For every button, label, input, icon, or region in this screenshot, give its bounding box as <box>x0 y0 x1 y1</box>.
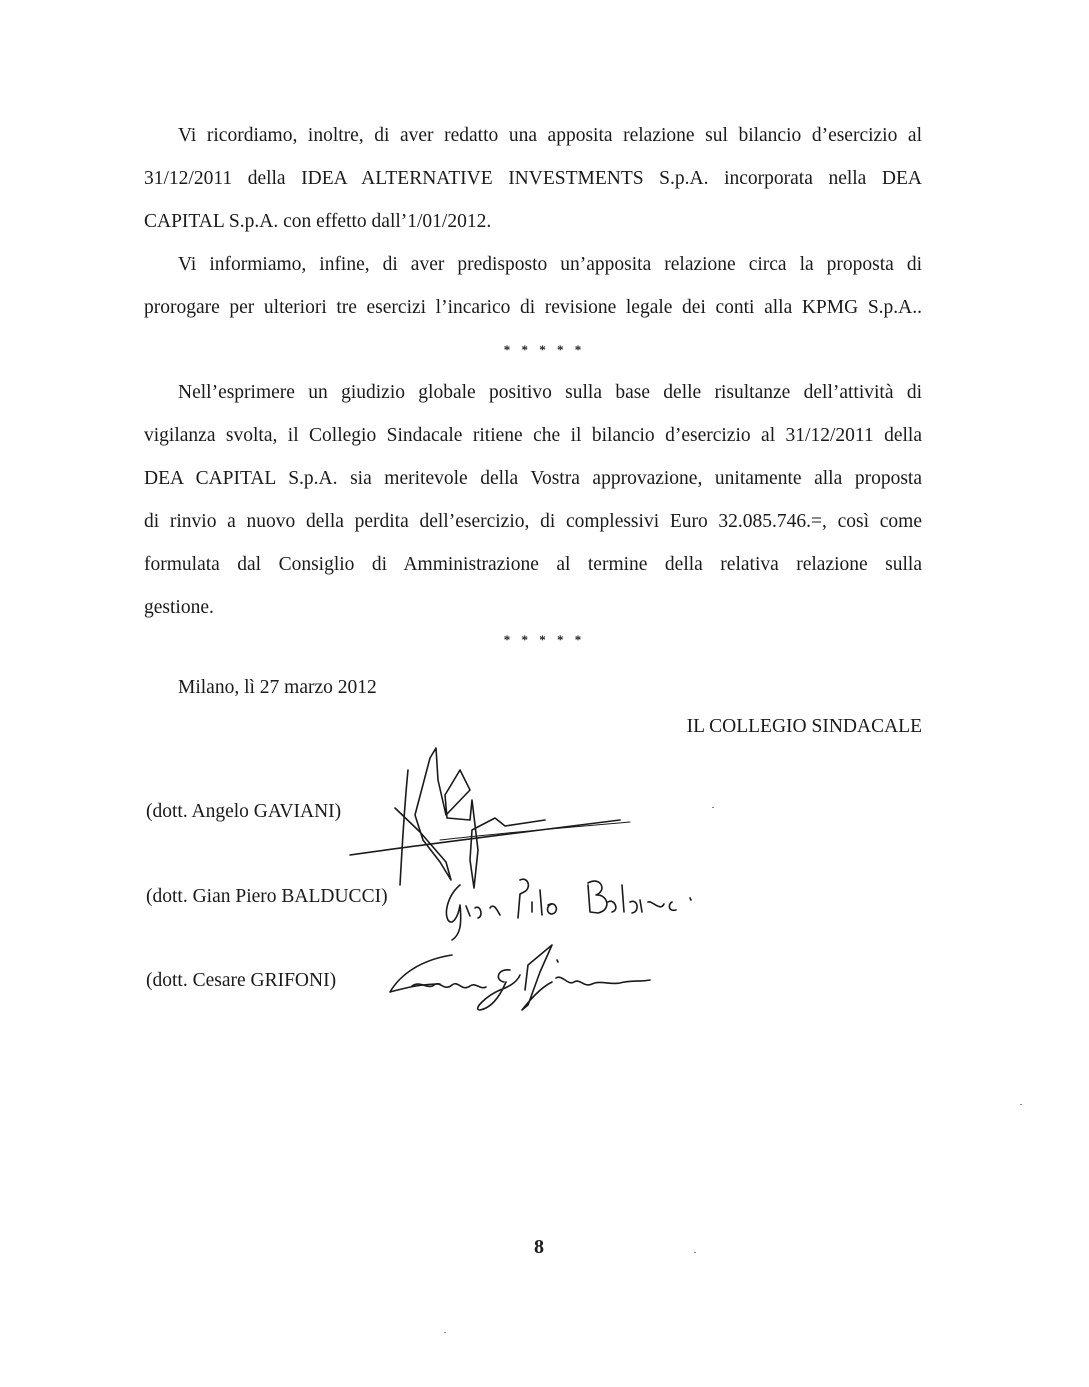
scan-speck <box>694 1252 696 1253</box>
signature-balducci-icon <box>447 879 692 940</box>
signature-gaviani-icon <box>350 748 630 888</box>
scan-speck <box>1020 1104 1022 1105</box>
scan-speck <box>712 807 714 808</box>
page-number: 8 <box>0 1236 1078 1259</box>
handwritten-signatures <box>0 0 1089 1387</box>
signature-grifoni-icon <box>390 945 650 1010</box>
scan-speck <box>444 1332 446 1333</box>
